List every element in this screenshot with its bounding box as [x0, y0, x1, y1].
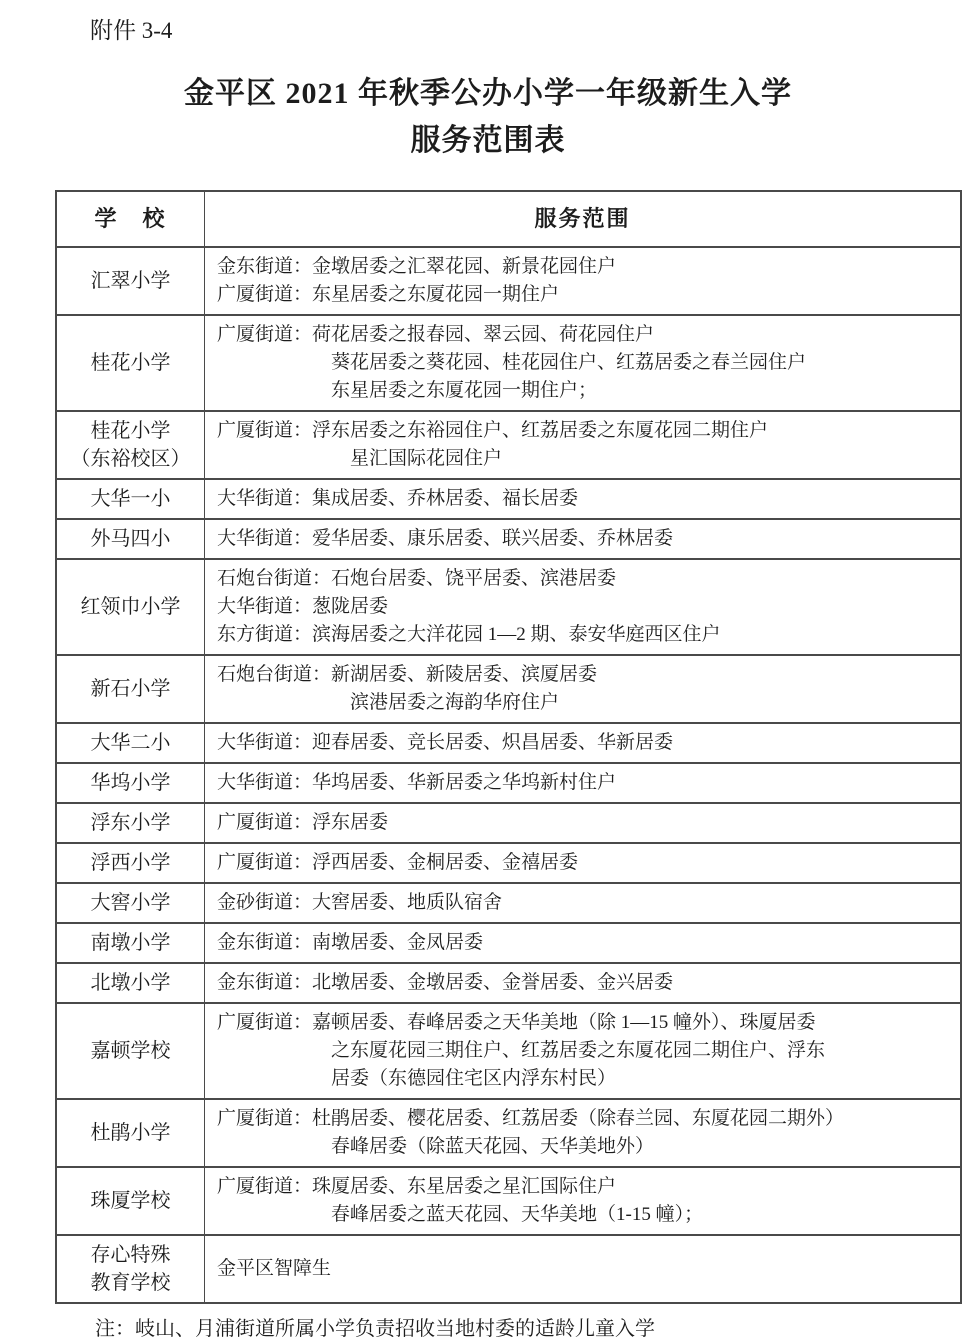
service-scope-line: 葵花居委之葵花园、桂花园住户、红荔居委之春兰园住户: [217, 349, 952, 377]
service-scope-line: 广厦街道：浮东居委之东裕园住户、红荔居委之东厦花园二期住户: [217, 417, 952, 445]
table-row: 新石小学石炮台街道：新湖居委、新陵居委、滨厦居委滨港居委之海韵华府住户: [57, 656, 960, 724]
service-scope-line: 大华街道：集成居委、乔林居委、福长居委: [217, 485, 952, 513]
table-row: 大窖小学金砂街道：大窖居委、地质队宿舍: [57, 884, 960, 924]
service-scope-cell: 金砂街道：大窖居委、地质队宿舍: [205, 884, 960, 922]
table-row: 嘉顿学校广厦街道：嘉顿居委、春峰居委之天华美地（除 1—15 幢外）、珠厦居委之…: [57, 1004, 960, 1100]
table-row: 红领巾小学石炮台街道：石炮台居委、饶平居委、滨港居委大华街道：葱陇居委东方街道：…: [57, 560, 960, 656]
school-name-line: 桂花小学: [91, 349, 171, 377]
table-row: 大华一小大华街道：集成居委、乔林居委、福长居委: [57, 480, 960, 520]
service-scope-line: 星汇国际花园住户: [217, 445, 952, 473]
service-scope-line: 大华街道：华坞居委、华新居委之华坞新村住户: [217, 769, 952, 797]
service-scope-line: 大华街道：葱陇居委: [217, 593, 952, 621]
school-name-line: 外马四小: [91, 525, 171, 553]
school-name-line: 浮东小学: [91, 809, 171, 837]
school-name-line: 红领巾小学: [81, 593, 181, 621]
service-scope-cell: 广厦街道：珠厦居委、东星居委之星汇国际住户春峰居委之蓝天花园、天华美地（1-15…: [205, 1168, 960, 1234]
school-name-line: 华坞小学: [91, 769, 171, 797]
school-name-cell: 南墩小学: [57, 924, 205, 962]
school-name-cell: 北墩小学: [57, 964, 205, 1002]
school-name-line: 存心特殊: [91, 1241, 171, 1269]
service-scope-cell: 大华街道：集成居委、乔林居委、福长居委: [205, 480, 960, 518]
table-row: 珠厦学校广厦街道：珠厦居委、东星居委之星汇国际住户春峰居委之蓝天花园、天华美地（…: [57, 1168, 960, 1236]
school-name-line: 新石小学: [91, 675, 171, 703]
service-scope-line: 广厦街道：珠厦居委、东星居委之星汇国际住户: [217, 1173, 952, 1201]
table-row: 浮西小学广厦街道：浮西居委、金桐居委、金禧居委: [57, 844, 960, 884]
page-title: 金平区 2021 年秋季公办小学一年级新生入学 服务范围表: [40, 70, 936, 164]
service-scope-cell: 广厦街道：浮东居委之东裕园住户、红荔居委之东厦花园二期住户星汇国际花园住户: [205, 412, 960, 478]
service-scope-cell: 金东街道：北墩居委、金墩居委、金誉居委、金兴居委: [205, 964, 960, 1002]
title-line-1: 金平区 2021 年秋季公办小学一年级新生入学: [40, 70, 936, 117]
school-name-cell: 汇翠小学: [57, 248, 205, 314]
school-name-line: 嘉顿学校: [91, 1037, 171, 1065]
attachment-label: 附件 3-4: [90, 16, 976, 46]
service-scope-line: 东星居委之东厦花园一期住户；: [217, 377, 952, 405]
service-scope-line: 春峰居委之蓝天花园、天华美地（1-15 幢）；: [217, 1201, 952, 1229]
table-row: 华坞小学大华街道：华坞居委、华新居委之华坞新村住户: [57, 764, 960, 804]
school-name-cell: 大窖小学: [57, 884, 205, 922]
school-name-line: 北墩小学: [91, 969, 171, 997]
table-row: 南墩小学金东街道：南墩居委、金凤居委: [57, 924, 960, 964]
service-scope-cell: 金东街道：金墩居委之汇翠花园、新景花园住户广厦街道：东星居委之东厦花园一期住户: [205, 248, 960, 314]
school-name-line: 浮西小学: [91, 849, 171, 877]
service-scope-line: 滨港居委之海韵华府住户: [217, 689, 952, 717]
service-scope-cell: 广厦街道：杜鹃居委、樱花居委、红荔居委（除春兰园、东厦花园二期外）春峰居委（除蓝…: [205, 1100, 960, 1166]
school-name-cell: 桂花小学（东裕校区）: [57, 412, 205, 478]
service-scope-line: 居委（东德园住宅区内浮东村民）: [217, 1065, 952, 1093]
school-name-cell: 红领巾小学: [57, 560, 205, 654]
school-name-cell: 华坞小学: [57, 764, 205, 802]
service-scope-line: 金东街道：金墩居委之汇翠花园、新景花园住户: [217, 253, 952, 281]
service-scope-cell: 广厦街道：浮东居委: [205, 804, 960, 842]
school-name-line: 桂花小学: [91, 417, 171, 445]
service-range-table: 学 校 服务范围 汇翠小学金东街道：金墩居委之汇翠花园、新景花园住户广厦街道：东…: [55, 190, 962, 1304]
school-name-line: （东裕校区）: [71, 445, 191, 473]
table-row: 杜鹃小学广厦街道：杜鹃居委、樱花居委、红荔居委（除春兰园、东厦花园二期外）春峰居…: [57, 1100, 960, 1168]
service-scope-line: 广厦街道：杜鹃居委、樱花居委、红荔居委（除春兰园、东厦花园二期外）: [217, 1105, 952, 1133]
school-name-cell: 大华一小: [57, 480, 205, 518]
school-name-line: 汇翠小学: [91, 267, 171, 295]
school-name-cell: 浮西小学: [57, 844, 205, 882]
service-scope-line: 广厦街道：东星居委之东厦花园一期住户: [217, 281, 952, 309]
service-scope-line: 广厦街道：嘉顿居委、春峰居委之天华美地（除 1—15 幢外）、珠厦居委: [217, 1009, 952, 1037]
title-line-2: 服务范围表: [40, 117, 936, 164]
school-name-cell: 外马四小: [57, 520, 205, 558]
service-scope-cell: 大华街道：爱华居委、康乐居委、联兴居委、乔林居委: [205, 520, 960, 558]
service-scope-line: 金砂街道：大窖居委、地质队宿舍: [217, 889, 952, 917]
service-scope-line: 石炮台街道：新湖居委、新陵居委、滨厦居委: [217, 661, 952, 689]
document-page: 附件 3-4 金平区 2021 年秋季公办小学一年级新生入学 服务范围表 学 校…: [0, 0, 976, 1343]
table-row: 外马四小大华街道：爱华居委、康乐居委、联兴居委、乔林居委: [57, 520, 960, 560]
school-name-cell: 杜鹃小学: [57, 1100, 205, 1166]
school-name-line: 教育学校: [91, 1269, 171, 1297]
table-row: 桂花小学广厦街道：荷花居委之报春园、翠云园、荷花园住户葵花居委之葵花园、桂花园住…: [57, 316, 960, 412]
service-scope-line: 大华街道：迎春居委、竞长居委、炽昌居委、华新居委: [217, 729, 952, 757]
service-scope-line: 广厦街道：浮东居委: [217, 809, 952, 837]
service-scope-cell: 石炮台街道：石炮台居委、饶平居委、滨港居委大华街道：葱陇居委东方街道：滨海居委之…: [205, 560, 960, 654]
header-school-column: 学 校: [57, 192, 205, 246]
school-name-cell: 存心特殊教育学校: [57, 1236, 205, 1302]
service-scope-cell: 广厦街道：荷花居委之报春园、翠云园、荷花园住户葵花居委之葵花园、桂花园住户、红荔…: [205, 316, 960, 410]
table-header-row: 学 校 服务范围: [57, 192, 960, 248]
service-scope-line: 金东街道：北墩居委、金墩居委、金誉居委、金兴居委: [217, 969, 952, 997]
service-scope-cell: 金平区智障生: [205, 1236, 960, 1302]
school-name-line: 大华二小: [91, 729, 171, 757]
table-body: 汇翠小学金东街道：金墩居委之汇翠花园、新景花园住户广厦街道：东星居委之东厦花园一…: [57, 248, 960, 1302]
school-name-line: 大华一小: [91, 485, 171, 513]
school-name-line: 杜鹃小学: [91, 1119, 171, 1147]
service-scope-line: 金东街道：南墩居委、金凤居委: [217, 929, 952, 957]
school-name-cell: 桂花小学: [57, 316, 205, 410]
service-scope-line: 大华街道：爱华居委、康乐居委、联兴居委、乔林居委: [217, 525, 952, 553]
school-name-cell: 珠厦学校: [57, 1168, 205, 1234]
school-name-cell: 大华二小: [57, 724, 205, 762]
service-scope-cell: 石炮台街道：新湖居委、新陵居委、滨厦居委滨港居委之海韵华府住户: [205, 656, 960, 722]
school-name-line: 大窖小学: [91, 889, 171, 917]
service-scope-line: 东方街道：滨海居委之大洋花园 1—2 期、泰安华庭西区住户: [217, 621, 952, 649]
service-scope-line: 广厦街道：浮西居委、金桐居委、金禧居委: [217, 849, 952, 877]
service-scope-line: 金平区智障生: [217, 1255, 952, 1283]
service-scope-cell: 大华街道：迎春居委、竞长居委、炽昌居委、华新居委: [205, 724, 960, 762]
school-name-line: 南墩小学: [91, 929, 171, 957]
service-scope-line: 春峰居委（除蓝天花园、天华美地外）: [217, 1133, 952, 1161]
table-row: 汇翠小学金东街道：金墩居委之汇翠花园、新景花园住户广厦街道：东星居委之东厦花园一…: [57, 248, 960, 316]
service-scope-cell: 金东街道：南墩居委、金凤居委: [205, 924, 960, 962]
service-scope-line: 之东厦花园三期住户、红荔居委之东厦花园二期住户、浮东: [217, 1037, 952, 1065]
service-scope-line: 石炮台街道：石炮台居委、饶平居委、滨港居委: [217, 565, 952, 593]
table-row: 桂花小学（东裕校区）广厦街道：浮东居委之东裕园住户、红荔居委之东厦花园二期住户星…: [57, 412, 960, 480]
header-scope-column: 服务范围: [205, 192, 960, 246]
table-row: 大华二小大华街道：迎春居委、竞长居委、炽昌居委、华新居委: [57, 724, 960, 764]
service-scope-cell: 广厦街道：浮西居委、金桐居委、金禧居委: [205, 844, 960, 882]
table-row: 北墩小学金东街道：北墩居委、金墩居委、金誉居委、金兴居委: [57, 964, 960, 1004]
table-row: 存心特殊教育学校金平区智障生: [57, 1236, 960, 1302]
school-name-cell: 嘉顿学校: [57, 1004, 205, 1098]
school-name-cell: 浮东小学: [57, 804, 205, 842]
service-scope-line: 广厦街道：荷花居委之报春园、翠云园、荷花园住户: [217, 321, 952, 349]
service-scope-cell: 大华街道：华坞居委、华新居委之华坞新村住户: [205, 764, 960, 802]
footnote: 注：岐山、月浦街道所属小学负责招收当地村委的适龄儿童入学: [95, 1315, 976, 1343]
service-scope-cell: 广厦街道：嘉顿居委、春峰居委之天华美地（除 1—15 幢外）、珠厦居委之东厦花园…: [205, 1004, 960, 1098]
table-row: 浮东小学广厦街道：浮东居委: [57, 804, 960, 844]
school-name-line: 珠厦学校: [91, 1187, 171, 1215]
school-name-cell: 新石小学: [57, 656, 205, 722]
